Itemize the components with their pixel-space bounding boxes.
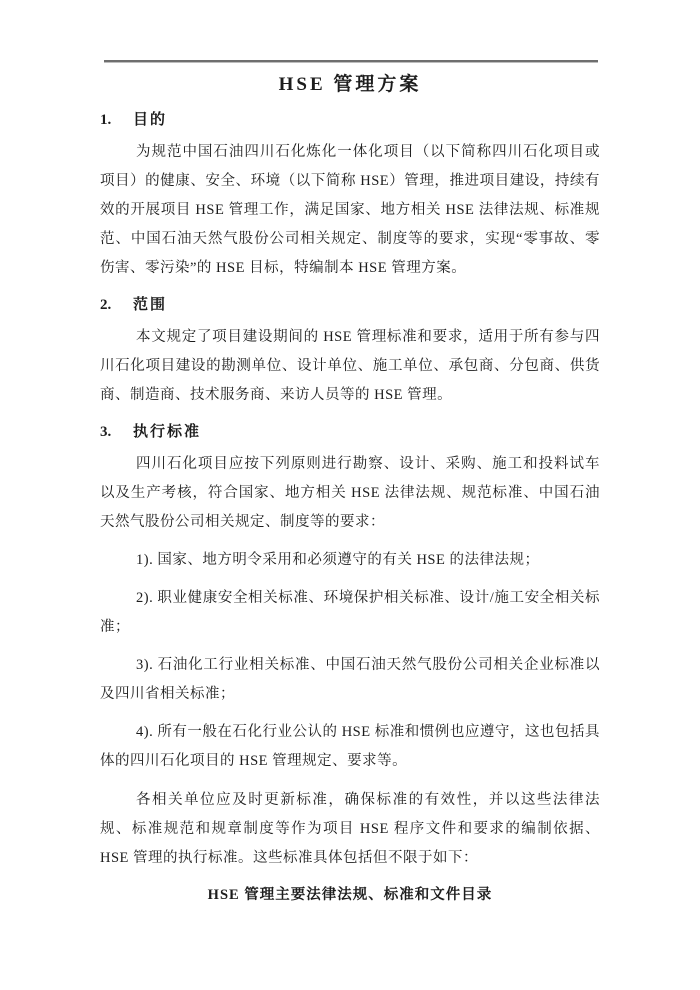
- standards-list-item-2: 2). 职业健康安全相关标准、环境保护相关标准、设计/施工安全相关标准；: [100, 584, 600, 642]
- section-3-title: 执行标准: [133, 424, 201, 440]
- section-1-title: 目的: [133, 112, 167, 128]
- section-1-number: 1.: [100, 110, 133, 130]
- standards-list-item-1: 1). 国家、地方明令采用和必须遵守的有关 HSE 的法律法规；: [100, 546, 600, 575]
- section-3-closing-paragraph: 各相关单位应及时更新标准，确保标准的有效性，并以这些法律法规、标准规范和规章制度…: [100, 786, 600, 873]
- section-2-paragraph: 本文规定了项目建设期间的 HSE 管理标准和要求，适用于所有参与四川石化项目建设…: [100, 323, 600, 410]
- section-3-number: 3.: [100, 422, 133, 442]
- table-caption: HSE 管理主要法律法规、标准和文件目录: [100, 881, 600, 910]
- section-2-heading: 2.范围: [100, 295, 600, 315]
- section-2-title: 范围: [133, 297, 167, 313]
- section-3-intro-paragraph: 四川石化项目应按下列原则进行勘察、设计、采购、施工和投料试车以及生产考核，符合国…: [100, 450, 600, 537]
- document-page: HSE 管理方案 1.目的 为规范中国石油四川石化炼化一体化项目（以下简称四川石…: [0, 0, 700, 990]
- standards-list-item-3: 3). 石油化工行业相关标准、中国石油天然气股份公司相关企业标准以及四川省相关标…: [100, 651, 600, 709]
- header-rule: [104, 60, 598, 63]
- standards-list-item-4: 4). 所有一般在石化行业公认的 HSE 标准和惯例也应遵守，这也包括具体的四川…: [100, 718, 600, 776]
- section-2-number: 2.: [100, 295, 133, 315]
- section-1-heading: 1.目的: [100, 110, 600, 130]
- section-3-heading: 3.执行标准: [100, 422, 600, 442]
- document-title: HSE 管理方案: [100, 72, 600, 98]
- section-1-paragraph: 为规范中国石油四川石化炼化一体化项目（以下简称四川石化项目或项目）的健康、安全、…: [100, 138, 600, 283]
